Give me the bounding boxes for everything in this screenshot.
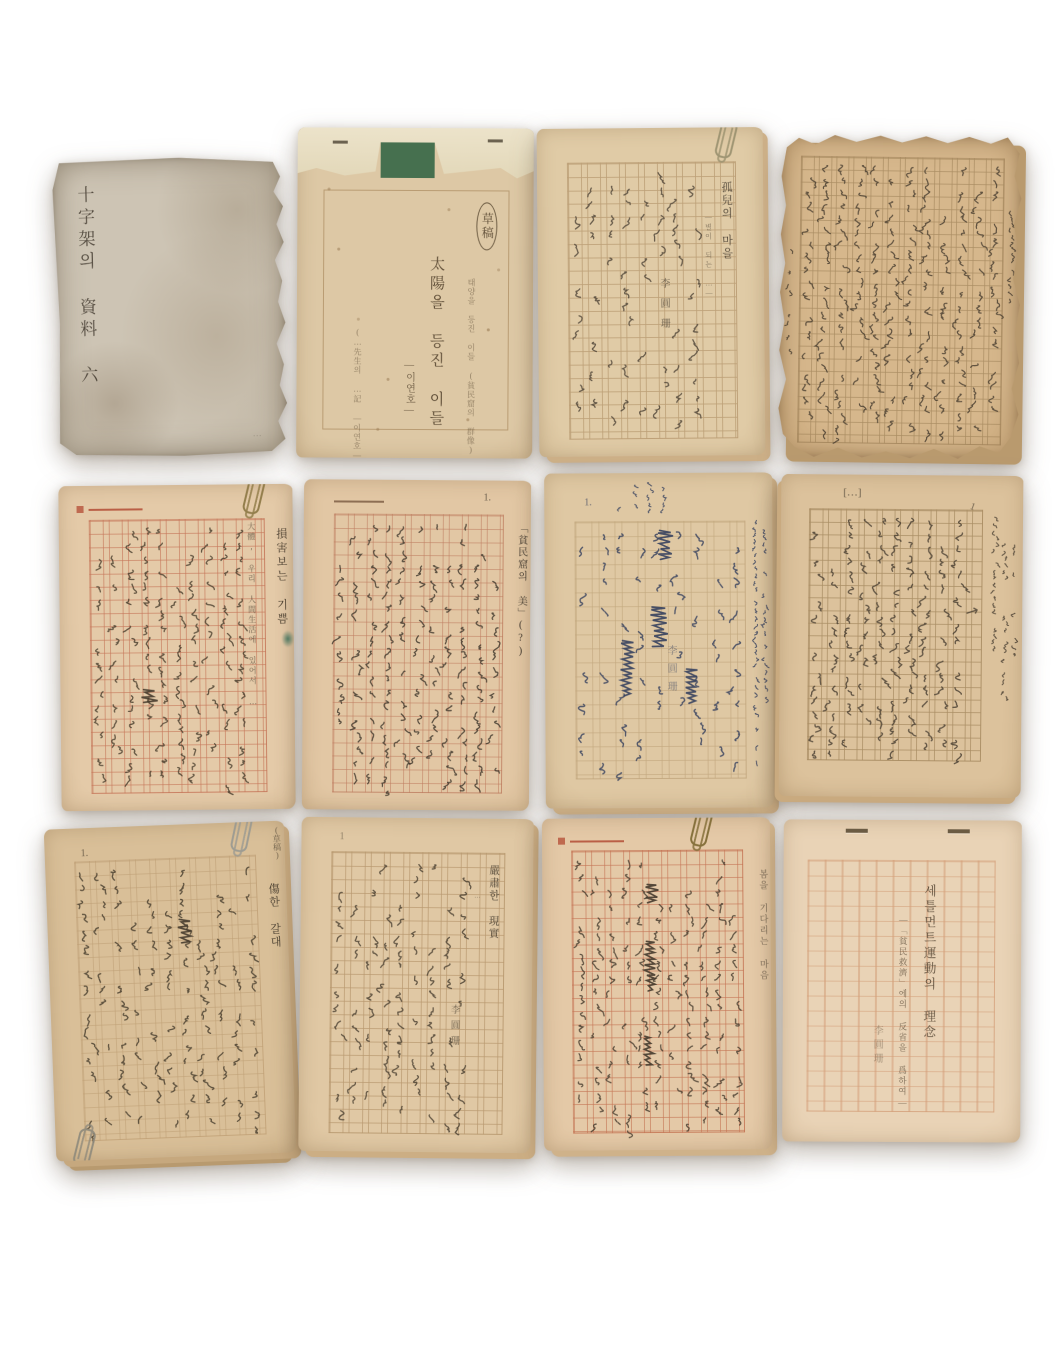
author-name: 李圓珊 <box>657 278 668 338</box>
paper-sheet: […] 1 → <box>779 474 1024 798</box>
manuscript-grid <box>571 849 745 1133</box>
paper-sheet: 孤兒의 마을 ―별이 되는 …― 李圓珊 <box>537 127 766 457</box>
manuscript-subtitle: ―이연호― <box>403 360 414 417</box>
paperclip <box>229 821 253 854</box>
manuscript-stern-reality: 1 嚴肅한 現實 … 李圓珊 <box>298 817 533 1153</box>
author-name: 李圓珊 <box>871 1025 882 1067</box>
manuscript-grid <box>574 521 746 780</box>
manuscript-revised-draft: 1. 李圓珊 <box>544 472 774 808</box>
header-rule <box>334 500 384 502</box>
paper-sheet <box>778 134 1022 459</box>
manuscript-subtitle: ―별이 되는 …― <box>704 213 712 299</box>
green-paint-smudge <box>279 627 296 651</box>
paperclip <box>241 484 266 516</box>
paper-sheet: (草稿) 傷한 갈대 1. <box>44 821 297 1162</box>
draft-badge: (草稿) <box>271 826 281 860</box>
page-number: 1. <box>584 497 592 508</box>
cover-corner-note: … <box>253 428 262 438</box>
manuscript-frayed <box>778 134 1022 459</box>
flap-slit <box>333 141 348 144</box>
manuscript-joy-in-loss: 損害보는 기쁨 大體, 우리 人間生活에 있어서 … <box>58 484 295 811</box>
staple <box>947 829 969 833</box>
manuscript-title: 傷한 갈대 <box>266 883 280 949</box>
side-note: 태양을 등진 이들 (貧民窟의 群像) <box>466 278 475 455</box>
manuscript-notebook-cover: 十字架의 資料 六 … <box>52 156 288 459</box>
header-note: […] <box>843 486 861 498</box>
manuscript-title: 세틀먼트運動의 理念 <box>922 884 936 1041</box>
side-note: … <box>473 893 480 902</box>
paper-sheet: 1. 李圓珊 <box>544 472 774 808</box>
manuscript-grid <box>797 156 1005 446</box>
manuscript-grid <box>74 855 267 1142</box>
manuscript-draft-title-page: 草稿 太陽을 등진 이들 ―이연호― 태양을 등진 이들 (貧民窟의 群像) (… <box>296 127 534 458</box>
page-number: 1. <box>483 492 491 503</box>
red-header-rule <box>570 840 624 842</box>
manuscript-subtitle: ―「貧民救濟」에의 反省을 爲하여― <box>897 914 907 1109</box>
paper-sheet: 세틀먼트運動의 理念 ―「貧民救濟」에의 反省을 爲하여― 李圓珊 <box>782 819 1022 1142</box>
manuscript-title: 孤兒의 마을 <box>719 181 731 260</box>
page-number: 1 <box>339 831 344 842</box>
paperclip <box>72 1127 98 1162</box>
cover-title: 十字架의 資料 六 <box>74 186 96 388</box>
manuscript-grid <box>567 161 738 439</box>
manuscript-title: 嚴肅한 現實 <box>487 865 499 941</box>
cover-sheet: 十字架의 資料 六 … <box>52 156 288 459</box>
staple <box>846 829 868 833</box>
flap-slit <box>488 139 503 142</box>
author-name: 李圓珊 <box>447 1004 457 1051</box>
paper-sheet: 봄을 기다리는 마음 <box>542 817 772 1151</box>
page-number: 1. <box>80 848 88 859</box>
manuscripts-photo: 十字架의 資料 六 … 草稿 太陽을 등진 이들 ―이연호― 태양을 등진 이들… <box>0 0 1057 1347</box>
manuscript-grid <box>332 513 504 793</box>
paperclip <box>713 127 738 160</box>
manuscript-waiting-for-spring: 봄을 기다리는 마음 <box>542 817 772 1151</box>
paper-sheet: 1. 「貧民窟의 美」(?) <box>302 479 531 811</box>
paperclip <box>689 817 714 848</box>
manuscript-title: 太陽을 등진 이들 <box>427 256 444 429</box>
paper-sheet: 損害보는 기쁨 大體, 우리 人間生活에 있어서 … <box>58 484 295 811</box>
red-header-rule <box>89 508 143 511</box>
manuscript-orphans-village: 孤兒의 마을 ―별이 되는 …― 李圓珊 <box>537 127 766 457</box>
manuscript-settlement-essay: 세틀먼트運動의 理念 ―「貧民救濟」에의 反省을 爲하여― 李圓珊 <box>782 819 1022 1142</box>
manuscript-title: 損害보는 기쁨 <box>274 528 287 627</box>
manuscript-annotated: […] 1 → <box>779 474 1024 798</box>
manuscript-title: 「貧民窟의 美」(?) <box>514 523 525 659</box>
manuscript-bruised-reed: (草稿) 傷한 갈대 1. <box>44 821 297 1162</box>
author-name: 李圓珊 <box>665 645 676 699</box>
paper-sheet: 草稿 太陽을 등진 이들 ―이연호― 태양을 등진 이들 (貧民窟의 群像) (… <box>296 127 534 458</box>
manuscript-beauty-of-the-slum: 1. 「貧民窟의 美」(?) <box>302 479 531 811</box>
left-note: (…先生의 …記 ―이연호―) <box>352 328 361 459</box>
manuscript-grid <box>807 508 983 762</box>
first-line: 大體, 우리 人間生活에 있어서 … <box>246 522 256 708</box>
paper-sheet: 1 嚴肅한 現實 … 李圓珊 <box>298 817 533 1153</box>
margin-note: 봄을 기다리는 마음 <box>758 869 768 981</box>
manuscript-grid <box>89 518 268 794</box>
